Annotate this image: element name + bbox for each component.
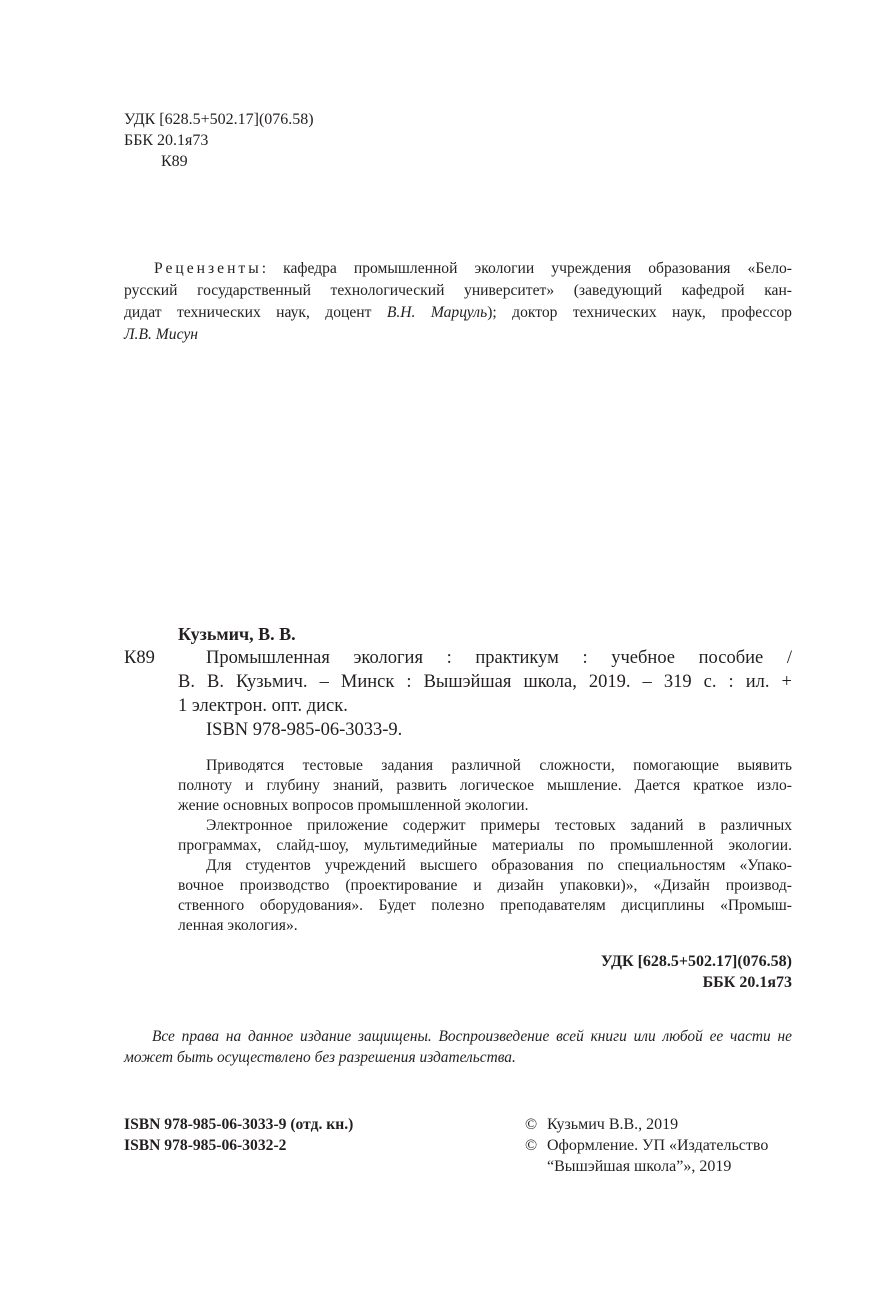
copyright-icon: © xyxy=(525,1114,547,1135)
reviewer-2-name: Л.В. Мисун xyxy=(124,324,792,346)
annotation-line: жение основных вопросов промышленной эко… xyxy=(178,796,792,816)
card-line-2: В. В. Кузьмич. – Минск : Вышэйшая школа,… xyxy=(178,670,792,694)
copyright-line-1: Кузьмич В.В., 2019 xyxy=(547,1116,678,1133)
card-body: Промышленная экология : практикум : учеб… xyxy=(178,646,792,742)
annotation-line: полноту и глубину знаний, развить логиче… xyxy=(178,776,792,796)
copyright-line-3: “Вышэйшая школа”», 2019 xyxy=(525,1156,768,1177)
bbk-code: ББК 20.1я73 xyxy=(124,130,314,151)
isbn-1: ISBN 978-985-06-3033-9 (отд. кн.) xyxy=(124,1114,353,1135)
reviewers-line-1: Рецензенты: кафедра промышленной экологи… xyxy=(124,258,792,280)
annotation-line: Приводятся тестовые задания различной сл… xyxy=(178,756,792,776)
rights-line-2: может быть осуществлено без разрешения и… xyxy=(124,1047,792,1068)
annotation-line: ственного оборудования». Будет полезно п… xyxy=(178,896,792,916)
classification-top: УДК [628.5+502.17](076.58) ББК 20.1я73 К… xyxy=(124,109,314,172)
reviewer-1-name: В.Н. Марцуль xyxy=(387,304,487,321)
annotation-line: Электронное приложение содержит примеры … xyxy=(178,816,792,836)
rights-notice: Все права на данное издание защищены. Во… xyxy=(124,1026,792,1068)
annotation-line: программах, слайд-шоу, мультимедийные ма… xyxy=(178,836,792,856)
udk-code: УДК [628.5+502.17](076.58) xyxy=(124,109,314,130)
reviewers-line-2: русский государственный технологический … xyxy=(124,280,792,302)
annotation-line: вочное производство (проектирование и ди… xyxy=(178,876,792,896)
reviewers-line-3: дидат технических наук, доцент В.Н. Марц… xyxy=(124,302,792,324)
copyright-block: ©Кузьмич В.В., 2019 ©Оформление. УП «Изд… xyxy=(525,1114,768,1177)
udk-code-bottom: УДК [628.5+502.17](076.58) xyxy=(601,951,792,972)
author-mark: К89 xyxy=(124,151,314,172)
annotation-line: Для студентов учреждений высшего образов… xyxy=(178,856,792,876)
rights-line-1: Все права на данное издание защищены. Во… xyxy=(124,1026,792,1047)
annotation: Приводятся тестовые задания различной сл… xyxy=(178,756,792,936)
card-author: Кузьмич, В. В. xyxy=(178,622,296,646)
isbn-2: ISBN 978-985-06-3032-2 xyxy=(124,1135,353,1156)
card-line-1: Промышленная экология : практикум : учеб… xyxy=(178,646,792,670)
card-isbn: ISBN 978-985-06-3033-9. xyxy=(178,718,792,742)
copyright-line-2: Оформление. УП «Издательство xyxy=(547,1137,768,1154)
isbn-block: ISBN 978-985-06-3033-9 (отд. кн.) ISBN 9… xyxy=(124,1114,353,1156)
classification-bottom: УДК [628.5+502.17](076.58) ББК 20.1я73 xyxy=(601,951,792,993)
reviewers-label: Рецензенты xyxy=(154,260,262,277)
card-line-3: 1 электрон. опт. диск. xyxy=(178,694,792,718)
reviewers-paragraph: Рецензенты: кафедра промышленной экологи… xyxy=(124,258,792,346)
bbk-code-bottom: ББК 20.1я73 xyxy=(601,972,792,993)
card-code: К89 xyxy=(124,646,155,670)
annotation-line: ленная экология». xyxy=(178,916,792,936)
copyright-icon: © xyxy=(525,1135,547,1156)
